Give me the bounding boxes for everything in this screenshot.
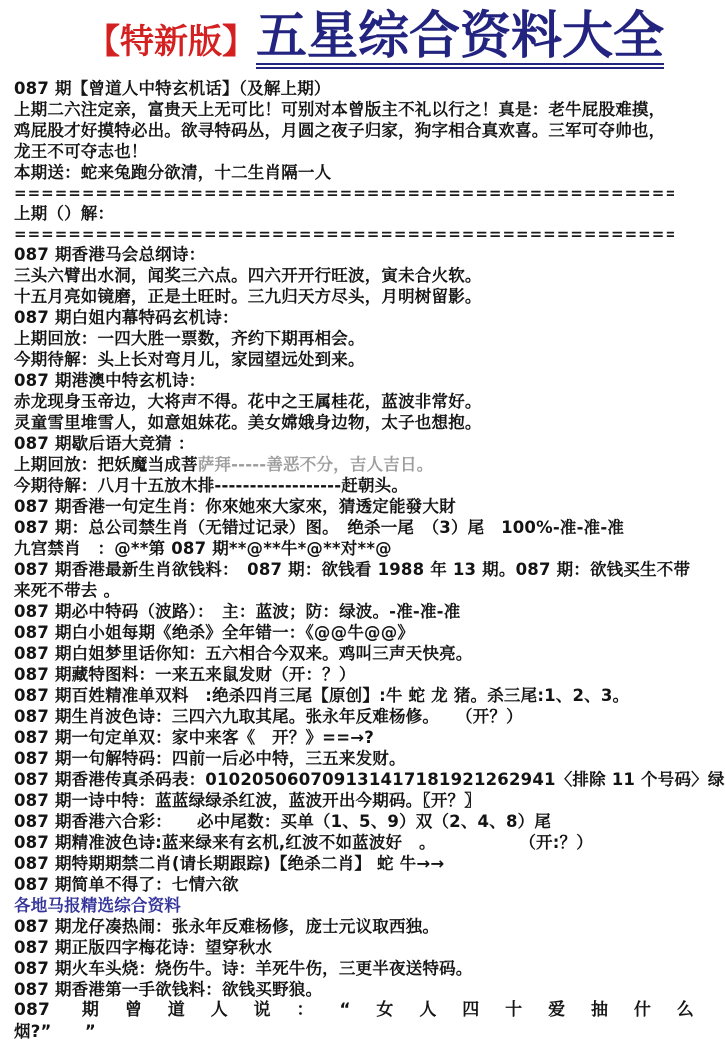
text-line: 087 期精准波色诗:蓝来绿来有玄机,红波不如蓝波好 。 （开:？） <box>14 832 715 853</box>
edition-badge: 【特新版】 <box>86 14 256 67</box>
text-line: 烟?” ” <box>14 1021 715 1042</box>
text-line: 087 期龙仔凑热闹：张永年反难杨修，庞士元议取西独。 <box>14 916 715 937</box>
text-line: 087 期香港传真杀码表：010205060709131417181921262… <box>14 769 715 790</box>
text-run: 上期回放：把妖魔当成菩 <box>14 455 198 474</box>
text-line: 087 期香港一句定生肖：你來她來大家來，猜透定能發大財 <box>14 496 715 517</box>
text-line: 087 期白小姐每期《绝杀》全年错一：《@@牛@@》 <box>14 622 715 643</box>
page-title: 五星综合资料大全 <box>256 11 664 69</box>
divider-line: ========================================… <box>14 183 674 203</box>
text-line: 087 期白姐内幕特码玄机诗： <box>14 307 715 328</box>
text-line: 087 期香港第一手欲钱料：欲钱买野狼。 <box>14 979 715 1000</box>
text-line: 087 期【曾道人中特玄机话】（及解上期） <box>14 78 715 99</box>
text-line: 上期（）解： <box>14 203 715 224</box>
text-line: 087 期生肖波色诗：三四六九取其尾。张永年反难杨修。 （开？） <box>14 706 715 727</box>
text-line: 087 期特期期禁二肖(请长期跟踪)【绝杀二肖】 蛇 牛→→ <box>14 853 715 874</box>
text-line: 087 期必中特码（波路）： 主：蓝波；防：绿波。-准-准-准 <box>14 601 715 622</box>
text-line: 鸡屁股才好摸特必出。欲寻特码丛，月圆之夜子归家，狗字相合真欢喜。三军可夺帅也， <box>14 120 715 141</box>
text-line: 087 期港澳中特玄机诗： <box>14 370 715 391</box>
section-heading: 各地马报精选综合资料 <box>14 895 715 916</box>
text-line: 087 期一句定单双：家中来客《 开？》==→? <box>14 727 715 748</box>
text-line: 087 期香港六合彩： 必中尾数：买单（1、5、9）双（2、4、8）尾 <box>14 811 715 832</box>
text-line: 087 期白姐梦里话你知：五六相合今双来。鸡叫三声天快亮。 <box>14 643 715 664</box>
text-line: 087 期：总公司禁生肖（无错过记录）图。 绝杀一尾 （3）尾 100%-准-准… <box>14 517 715 538</box>
text-line: 087 期简单不得了：七情六欲 <box>14 874 715 895</box>
document-header: 【特新版】 五星综合资料大全 <box>14 6 715 74</box>
text-line: 087 期歇后语大竞猜 ： <box>14 433 715 454</box>
text-line: 上期回放：一四大胜一票数，齐约下期再相会。 <box>14 328 715 349</box>
text-line: 087 期香港马会总纲诗： <box>14 244 715 265</box>
text-line: 本期送：蛇来兔跑分欲清，十二生肖隔一人 <box>14 162 715 183</box>
text-line: 灵童雪里堆雪人，如意姐妹花。美女嫦娥身边物，太子也想抱。 <box>14 412 715 433</box>
text-line: 来死不带去 。 <box>14 580 715 601</box>
document-body: 087 期【曾道人中特玄机话】（及解上期）上期二六注定亲，富贵天上无可比！可别对… <box>14 78 715 1042</box>
text-line: 今期待解：八月十五放木排------------------赶朝头。 <box>14 475 715 496</box>
document-page: 【特新版】 五星综合资料大全 087 期【曾道人中特玄机话】（及解上期）上期二六… <box>0 0 725 1042</box>
text-line: 赤龙现身玉帝边，大将声不得。花中之王属桂花，蓝波非常好。 <box>14 391 715 412</box>
faded-text-run: 萨拜-----善恶不分，吉人吉日。 <box>198 455 434 474</box>
text-line: 087 期藏特图料：一来五来鼠发财（开：？） <box>14 664 715 685</box>
text-line: 九宫禁肖 ：@**第 087 期**@**牛*@**对**@ <box>14 538 715 559</box>
text-line: 087 期一诗中特：蓝蓝绿绿杀红波，蓝波开出今期码。〖开？〗 <box>14 790 715 811</box>
text-line: 上期回放：把妖魔当成菩萨拜-----善恶不分，吉人吉日。 <box>14 454 715 475</box>
text-line: 087 期一句解特码：四前一后必中特，三五来发财。 <box>14 748 715 769</box>
text-line: 087 期正版四字梅花诗：望穿秋水 <box>14 937 715 958</box>
text-line: 上期二六注定亲，富贵天上无可比！可别对本曾版主不礼以行之！真是：老牛屁股难摸， <box>14 99 715 120</box>
text-line: 087 期香港最新生肖欲钱料： 087 期：欲钱看 1988 年 13 期。08… <box>14 559 715 580</box>
text-line: 087 期曾道人说：“女人四十爱抽什么 <box>14 1000 694 1021</box>
divider-line: ========================================… <box>14 224 674 244</box>
text-line: 087 期火车头烧：烧伤牛。诗：羊死牛伤，三更半夜送特码。 <box>14 958 715 979</box>
text-line: 今期待解：头上长对弯月儿，家园望远处到来。 <box>14 349 715 370</box>
text-line: 三头六臂出水洞，闻奖三六点。四六开开行旺波，寅未合火软。 <box>14 265 715 286</box>
text-line: 龙王不可夺志也！ <box>14 141 715 162</box>
text-line: 十五月亮如镜磨，正是土旺时。三九归天方尽头，月明树留影。 <box>14 286 715 307</box>
text-line: 087 期百姓精准单双料 :绝杀四肖三尾【原创】:牛 蛇 龙 猪。杀三尾:1、2… <box>14 685 715 706</box>
